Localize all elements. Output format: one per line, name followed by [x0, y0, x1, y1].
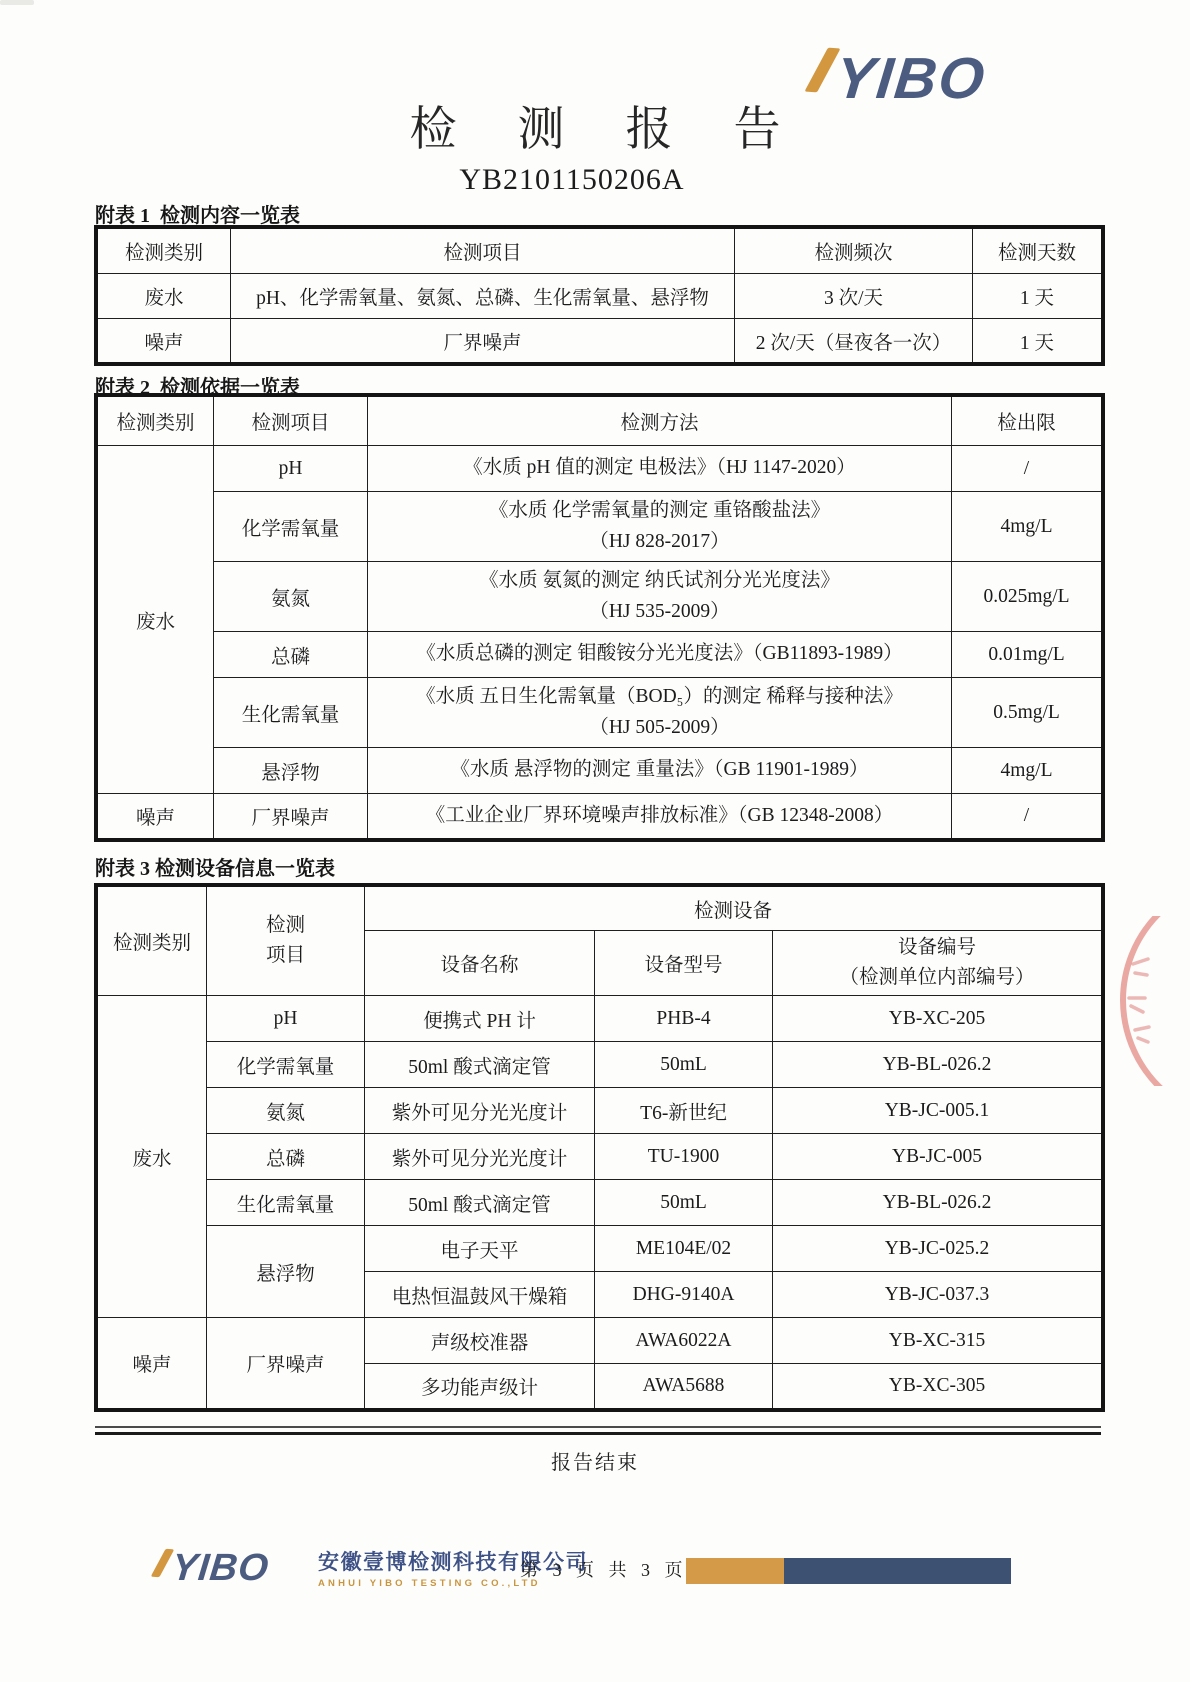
page-number: 第 3 页 共 3 页 — [520, 1556, 688, 1582]
table-row: 检测类别 检测项目 检测频次 检测天数 — [97, 228, 1103, 274]
end-divider — [95, 1426, 1101, 1435]
t3-name: 50ml 酸式滴定管 — [365, 1042, 595, 1088]
t3-name: 紫外可见分光光度计 — [365, 1088, 595, 1134]
table-row: 氨氮 紫外可见分光光度计 T6-新世纪 YB-JC-005.1 — [97, 1088, 1103, 1134]
t3-name: 便携式 PH 计 — [365, 996, 595, 1042]
t1-header-days: 检测天数 — [973, 228, 1103, 274]
t2-item: 厂界噪声 — [214, 794, 368, 840]
t2-item: 生化需氧量 — [214, 678, 368, 748]
t2-method: 《水质 悬浮物的测定 重量法》（GB 11901-1989） — [368, 748, 952, 794]
t2-header-limit: 检出限 — [952, 396, 1103, 446]
t3-name: 多功能声级计 — [365, 1364, 595, 1410]
table-row: 废水 pH 《水质 pH 值的测定 电极法》（HJ 1147-2020） / — [97, 446, 1103, 492]
t3-number: YB-JC-037.3 — [773, 1272, 1103, 1318]
t2-method: 《水质 pH 值的测定 电极法》（HJ 1147-2020） — [368, 446, 952, 492]
table-row: 废水 pH 便携式 PH 计 PHB-4 YB-XC-205 — [97, 996, 1103, 1042]
t2-item: 悬浮物 — [214, 748, 368, 794]
t2-method: 《水质 氨氮的测定 纳氏试剂分光光度法》 （HJ 535-2009） — [368, 562, 952, 632]
t3-header-model: 设备型号 — [595, 931, 773, 996]
t3-name: 电子天平 — [365, 1226, 595, 1272]
table-row: 废水 pH、化学需氧量、氨氮、总磷、生化需氧量、悬浮物 3 次/天 1 天 — [97, 274, 1103, 319]
t3-item: 总磷 — [207, 1134, 365, 1180]
t3-header-number: 设备编号 （检测单位内部编号） — [773, 931, 1103, 996]
table-row: 悬浮物 《水质 悬浮物的测定 重量法》（GB 11901-1989） 4mg/L — [97, 748, 1103, 794]
footer-logo-text: YIBO — [170, 1546, 272, 1590]
t3-number: YB-JC-005 — [773, 1134, 1103, 1180]
t1-frequency: 2 次/天（昼夜各一次） — [735, 319, 973, 364]
t2-item: 化学需氧量 — [214, 492, 368, 562]
t1-items: 厂界噪声 — [231, 319, 735, 364]
t3-model: TU-1900 — [595, 1134, 773, 1180]
t3-item: 化学需氧量 — [207, 1042, 365, 1088]
t3-model: PHB-4 — [595, 996, 773, 1042]
t1-header-frequency: 检测频次 — [735, 228, 973, 274]
t2-limit: 0.01mg/L — [952, 632, 1103, 678]
table-test-content: 检测类别 检测项目 检测频次 检测天数 废水 pH、化学需氧量、氨氮、总磷、生化… — [95, 226, 1104, 365]
end-of-report-text: 报告结束 — [0, 1446, 1190, 1475]
table-row: 生化需氧量 《水质 五日生化需氧量（BOD₅）的测定 稀释与接种法》 （HJ 5… — [97, 678, 1103, 748]
t1-days: 1 天 — [973, 319, 1103, 364]
t3-item: 氨氮 — [207, 1088, 365, 1134]
t3-number: YB-JC-005.1 — [773, 1088, 1103, 1134]
page-title: 检测报告 — [0, 92, 1190, 159]
t2-header-method: 检测方法 — [368, 396, 952, 446]
t2-category-noise: 噪声 — [97, 794, 214, 840]
t3-model: DHG-9140A — [595, 1272, 773, 1318]
table-row: 噪声 厂界噪声 声级校准器 AWA6022A YB-XC-315 — [97, 1318, 1103, 1364]
table-row: 化学需氧量 《水质 化学需氧量的测定 重铬酸盐法》 （HJ 828-2017） … — [97, 492, 1103, 562]
table-row: 噪声 厂界噪声 《工业企业厂界环境噪声排放标准》（GB 12348-2008） … — [97, 794, 1103, 840]
t1-header-item: 检测项目 — [231, 228, 735, 274]
t3-number: YB-XC-205 — [773, 996, 1103, 1042]
t1-category: 废水 — [97, 274, 231, 319]
t2-method: 《水质 五日生化需氧量（BOD₅）的测定 稀释与接种法》 （HJ 505-200… — [368, 678, 952, 748]
t3-header-name: 设备名称 — [365, 931, 595, 996]
t3-number: YB-JC-025.2 — [773, 1226, 1103, 1272]
t3-item: pH — [207, 996, 365, 1042]
table-row: 总磷 紫外可见分光光度计 TU-1900 YB-JC-005 — [97, 1134, 1103, 1180]
t2-method: 《水质 化学需氧量的测定 重铬酸盐法》 （HJ 828-2017） — [368, 492, 952, 562]
t2-method: 《水质总磷的测定 钼酸铵分光光度法》（GB11893-1989） — [368, 632, 952, 678]
report-number: YB2101150206A — [0, 163, 1190, 197]
table3-caption: 附表 3 检测设备信息一览表 — [95, 852, 335, 881]
red-stamp-partial — [1093, 916, 1190, 1086]
t3-model: AWA5688 — [595, 1364, 773, 1410]
t3-model: AWA6022A — [595, 1318, 773, 1364]
footer-bar-orange-segment — [686, 1558, 784, 1584]
t2-limit: 0.5mg/L — [952, 678, 1103, 748]
table-row: 化学需氧量 50ml 酸式滴定管 50mL YB-BL-026.2 — [97, 1042, 1103, 1088]
t2-item: pH — [214, 446, 368, 492]
t3-number: YB-BL-026.2 — [773, 1042, 1103, 1088]
t1-items: pH、化学需氧量、氨氮、总磷、生化需氧量、悬浮物 — [231, 274, 735, 319]
t3-number: YB-BL-026.2 — [773, 1180, 1103, 1226]
t3-category-noise: 噪声 — [97, 1318, 207, 1410]
t3-item-boundary-noise: 厂界噪声 — [207, 1318, 365, 1410]
table1-caption: 附表 1 检测内容一览表 — [95, 199, 300, 228]
table-row: 噪声 厂界噪声 2 次/天（昼夜各一次） 1 天 — [97, 319, 1103, 364]
t3-number: YB-XC-305 — [773, 1364, 1103, 1410]
t1-category: 噪声 — [97, 319, 231, 364]
table-row: 悬浮物 电子天平 ME104E/02 YB-JC-025.2 — [97, 1226, 1103, 1272]
t3-name: 电热恒温鼓风干燥箱 — [365, 1272, 595, 1318]
t1-frequency: 3 次/天 — [735, 274, 973, 319]
t2-limit: / — [952, 794, 1103, 840]
t3-name: 紫外可见分光光度计 — [365, 1134, 595, 1180]
t1-header-category: 检测类别 — [97, 228, 231, 274]
table-row: 总磷 《水质总磷的测定 钼酸铵分光光度法》（GB11893-1989） 0.01… — [97, 632, 1103, 678]
t3-name: 声级校准器 — [365, 1318, 595, 1364]
table-row: 氨氮 《水质 氨氮的测定 纳氏试剂分光光度法》 （HJ 535-2009） 0.… — [97, 562, 1103, 632]
t2-method: 《工业企业厂界环境噪声排放标准》（GB 12348-2008） — [368, 794, 952, 840]
t3-name: 50ml 酸式滴定管 — [365, 1180, 595, 1226]
t1-days: 1 天 — [973, 274, 1103, 319]
t3-model: T6-新世纪 — [595, 1088, 773, 1134]
t3-header-item: 检测 项目 — [207, 886, 365, 996]
t3-number: YB-XC-315 — [773, 1318, 1103, 1364]
t3-model: 50mL — [595, 1042, 773, 1088]
table-row: 检测类别 检测项目 检测方法 检出限 — [97, 396, 1103, 446]
scan-artifact — [0, 0, 34, 5]
t2-header-category: 检测类别 — [97, 396, 214, 446]
table-equipment-info: 检测类别 检测 项目 检测设备 设备名称 设备型号 设备编号 （检测单位内部编号… — [95, 884, 1104, 1411]
report-page: YIBO 检测报告 YB2101150206A 附表 1 检测内容一览表 检测类… — [0, 0, 1190, 1682]
t3-item-suspended-solids: 悬浮物 — [207, 1226, 365, 1318]
t3-header-category: 检测类别 — [97, 886, 207, 996]
footer-yibo-logo: YIBO — [156, 1546, 306, 1592]
t2-limit: 4mg/L — [952, 492, 1103, 562]
t2-category-wastewater: 废水 — [97, 446, 214, 794]
footer-bar-blue-segment — [784, 1558, 1011, 1584]
t2-item: 氨氮 — [214, 562, 368, 632]
t3-model: ME104E/02 — [595, 1226, 773, 1272]
t2-limit: / — [952, 446, 1103, 492]
t2-item: 总磷 — [214, 632, 368, 678]
t3-category-wastewater: 废水 — [97, 996, 207, 1318]
t3-model: 50mL — [595, 1180, 773, 1226]
t3-header-equipment: 检测设备 — [365, 886, 1103, 931]
t2-header-item: 检测项目 — [214, 396, 368, 446]
table-row: 检测类别 检测 项目 检测设备 — [97, 886, 1103, 931]
table-test-basis: 检测类别 检测项目 检测方法 检出限 废水 pH 《水质 pH 值的测定 电极法… — [95, 394, 1104, 841]
footer-color-bar — [686, 1558, 1011, 1584]
t2-limit: 4mg/L — [952, 748, 1103, 794]
table-row: 生化需氧量 50ml 酸式滴定管 50mL YB-BL-026.2 — [97, 1180, 1103, 1226]
t3-item: 生化需氧量 — [207, 1180, 365, 1226]
t2-limit: 0.025mg/L — [952, 562, 1103, 632]
